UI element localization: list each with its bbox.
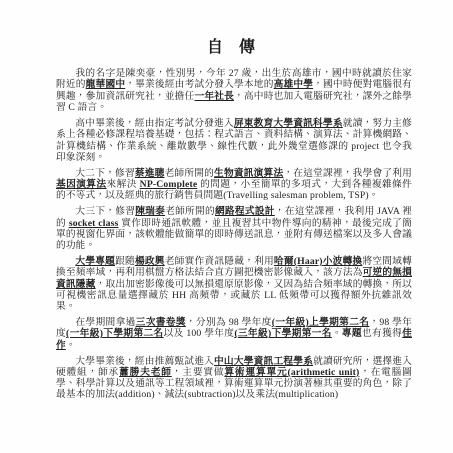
emphasized-text-segment: (三年級)下學期第一名 bbox=[234, 328, 332, 339]
emphasized-text-segment: 陳瑞泰 bbox=[135, 206, 165, 217]
emphasized-text-segment: 基因演算法 bbox=[56, 179, 107, 190]
paragraph: 在學期間拿過三次書卷獎，分別為 98 學年度(一年級)上學期第二名，98 學年度… bbox=[56, 317, 412, 351]
text-segment: 在學期間拿過 bbox=[75, 317, 135, 328]
document-page: 自 傳 我的名字是陳奕豪，性別男，今年 27 歲，出生於高雄市，國中時就讀於住家… bbox=[0, 0, 453, 453]
paragraph: 大三下，修習陳瑞泰老師所開的網路程式設計，在這堂課裡，我利用 JAVA 裡的 s… bbox=[56, 206, 412, 251]
paragraph: 大學畢業後，經由推薦甄試進入中山大學資訊工程學系就讀研究所，選擇進入硬體組，師承… bbox=[56, 356, 412, 401]
text-segment: 大學畢業後，經由推薦甄試進入 bbox=[75, 356, 214, 367]
text-segment: 來解決 bbox=[107, 179, 140, 190]
emphasized-text-segment: 三次書卷獎 bbox=[136, 317, 186, 328]
emphasized-text-segment: socket class bbox=[69, 218, 119, 229]
text-segment: ，畢業後經由考試分發入學本地的 bbox=[125, 79, 273, 90]
emphasized-text-segment: 楊政興 bbox=[135, 256, 165, 267]
emphasized-text-segment: 蔡進聰 bbox=[135, 168, 165, 179]
text-segment: 以及 100 學年度 bbox=[164, 328, 235, 339]
emphasized-text-segment: 蕭勝夫老師 bbox=[119, 367, 172, 378]
emphasized-text-segment: 高雄中學 bbox=[274, 79, 314, 90]
text-segment: ，主要實做 bbox=[172, 367, 225, 378]
emphasized-text-segment: (一年級)下學期第二名 bbox=[66, 328, 164, 339]
emphasized-text-segment: 中山大學資訊工程學系 bbox=[214, 356, 313, 367]
document-title: 自 傳 bbox=[56, 38, 412, 57]
text-segment: 大二下，修習 bbox=[75, 168, 134, 179]
text-segment: 也有獲得 bbox=[362, 328, 402, 339]
emphasized-text-segment: 龍華國中 bbox=[86, 79, 126, 90]
emphasized-text-segment: 屏東教育大學資訊科學系 bbox=[234, 118, 343, 129]
emphasized-text-segment: NP-Complete bbox=[140, 179, 198, 190]
text-segment: 老師所開的 bbox=[165, 168, 215, 179]
paragraph: 大二下，修習蔡進聰老師所開的生物資訊演算法，在這堂課裡，我學會了利用基因演算法來… bbox=[56, 168, 412, 202]
text-segment: 。 bbox=[332, 328, 342, 339]
emphasized-text-segment: 網路程式設計 bbox=[215, 206, 275, 217]
text-segment: ，取出加密影像後可以無損還原原影像，又因為結合頻率域的轉換，所以可視機密訊息量選… bbox=[56, 279, 412, 313]
text-segment: 老師所開的 bbox=[165, 206, 215, 217]
paragraph: 大學專題跟隨楊政興老師實作資訊隱藏，利用哈爾(Haar)小波轉換將空間域轉換至頻… bbox=[56, 256, 412, 312]
text-segment: 。 bbox=[66, 340, 76, 351]
text-segment: 跟隨 bbox=[115, 256, 135, 267]
text-segment: 老師實作資訊隱藏，利用 bbox=[165, 256, 274, 267]
emphasized-text-segment: 算術運算單元(arithmetic unit) bbox=[224, 367, 359, 378]
text-segment: ，分別為 98 學年度 bbox=[186, 317, 272, 328]
emphasized-text-segment: 專題 bbox=[342, 328, 362, 339]
paragraph: 高中畢業後，經由指定考試分發進入屏東教育大學資訊科學系就讀，努力主修系上各種必修… bbox=[56, 118, 412, 163]
text-segment: 大三下，修習 bbox=[75, 206, 135, 217]
document-body: 我的名字是陳奕豪，性別男，今年 27 歲，出生於高雄市，國中時就讀於住家附近的龍… bbox=[56, 68, 412, 401]
emphasized-text-segment: (一年級)上學期第二名 bbox=[272, 317, 370, 328]
emphasized-text-segment: 哈爾(Haar)小波轉換 bbox=[274, 256, 363, 267]
text-segment: ，在這堂課裡，我學會了利用 bbox=[283, 168, 412, 179]
emphasized-text-segment: 大學專題 bbox=[75, 256, 115, 267]
text-segment: 高中畢業後，經由指定考試分發進入 bbox=[75, 118, 233, 129]
paragraph: 我的名字是陳奕豪，性別男，今年 27 歲，出生於高雄市，國中時就讀於住家附近的龍… bbox=[56, 68, 412, 113]
emphasized-text-segment: 生物資訊演算法 bbox=[214, 168, 283, 179]
emphasized-text-segment: 一年社長 bbox=[194, 91, 234, 102]
